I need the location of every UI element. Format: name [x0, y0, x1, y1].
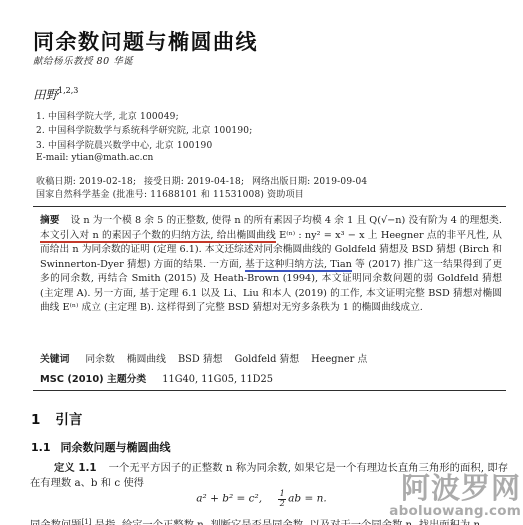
subsection-title: 同余数问题与椭圆曲线 [61, 441, 171, 454]
subsection-number: 1.1 [31, 441, 51, 454]
affiliations-block: 1. 中国科学院大学, 北京 100049; 2. 中国科学院数学与系统科学研究… [36, 110, 252, 153]
dates-line: 收稿日期: 2019-02-18; 接受日期: 2019-04-18; 网络出版… [36, 174, 367, 187]
body-text-post: 是指, 给定一个正整数 n, 判断它是否是同余数, 以及对于一个同余数 n, 找… [91, 519, 480, 525]
author-affiliation-superscript: 1,2,3 [58, 86, 78, 95]
keyword-item: BSD 猜想 [178, 354, 222, 365]
paper-page: 同余数问题与椭圆曲线 献给杨乐教授 80 华诞 田野1,2,3 1. 中国科学院… [0, 0, 523, 525]
keyword-item: Goldfeld 猜想 [234, 354, 299, 365]
dedication-line: 献给杨乐教授 80 华诞 [33, 53, 133, 67]
msc-codes: 11G40, 11G05, 11D25 [162, 374, 273, 385]
keyword-item: 椭圆曲线 [127, 354, 166, 365]
citation-marker: [1] [81, 518, 91, 525]
section-number: 1 [31, 412, 40, 428]
affiliation-2: 2. 中国科学院数学与系统科学研究院, 北京 100190; [36, 124, 252, 138]
abstract-label: 摘要 [40, 215, 60, 226]
fraction-one-half: 12 [278, 490, 286, 508]
formula-right: ab = n. [288, 493, 327, 505]
body-paragraph-clipped: 同余数问题[1] 是指, 给定一个正整数 n, 判断它是否是同余数, 以及对于一… [30, 515, 523, 525]
formula-left: a² + b² = c², [196, 493, 262, 505]
section-heading-1: 1引言 [31, 408, 82, 428]
keywords-label: 关键词 [40, 354, 69, 365]
author-name: 田野1,2,3 [33, 85, 78, 103]
paper-title: 同余数问题与椭圆曲线 [33, 29, 258, 56]
affiliation-3: 3. 中国科学院晨兴数学中心, 北京 100190 [36, 139, 252, 153]
abstract-blue-underlined-text: 基于这种归纳方法, Tian [245, 259, 352, 273]
funding-line: 国家自然科学基金 (批准号: 11688101 和 11531008) 资助项目 [36, 187, 304, 200]
msc-label: MSC (2010) 主题分类 [40, 374, 146, 385]
definition-text: 一个无平方因子的正整数 n 称为同余数, 如果它是一个有理边长直角三角形的面积,… [30, 462, 508, 489]
definition-label: 定义 1.1 [54, 462, 97, 474]
abstract-paragraph: 摘要设 n 为一个模 8 余 5 的正整数, 使得 n 的所有素因子均模 4 余… [40, 214, 502, 316]
keyword-item: Heegner 点 [311, 354, 367, 365]
section-title: 引言 [55, 412, 82, 428]
subsection-heading-1-1: 1.1同余数问题与椭圆曲线 [31, 439, 171, 455]
keywords-line: 关键词同余数椭圆曲线BSD 猜想Goldfeld 猜想Heegner 点 [40, 351, 379, 365]
divider-top [33, 206, 506, 207]
fraction-denominator: 2 [278, 500, 286, 509]
email-line: E-mail: ytian@math.ac.cn [36, 153, 153, 163]
author-name-text: 田野 [33, 87, 58, 102]
msc-line: MSC (2010) 主题分类11G40, 11G05, 11D25 [40, 371, 273, 385]
definition-paragraph: 定义 1.1一个无平方因子的正整数 n 称为同余数, 如果它是一个有理边长直角三… [30, 461, 508, 491]
abstract-text-1: 设 n 为一个模 8 余 5 的正整数, 使得 n 的所有素因子均模 4 余 1… [71, 215, 502, 226]
body-text-pre: 同余数问题 [30, 519, 81, 525]
keyword-item: 同余数 [85, 354, 114, 365]
abstract-red-underlined-text: 本文引入对 n 的素因子个数的归纳方法, 给出椭圆曲线 [40, 230, 276, 244]
divider-bottom [33, 390, 506, 391]
display-formula: a² + b² = c²,12ab = n. [0, 490, 523, 508]
affiliation-1: 1. 中国科学院大学, 北京 100049; [36, 110, 252, 124]
